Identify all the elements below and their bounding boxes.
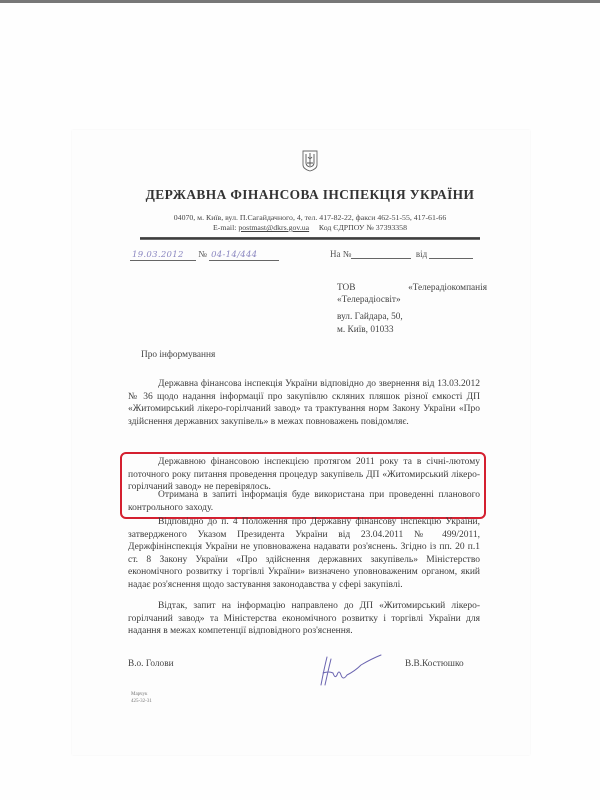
email-line: E-mail: postmast@dkrs.gov.ua Код ЄДРПОУ … <box>100 223 520 233</box>
body-paragraph-4: Відповідно до п. 4 Положення про Державн… <box>128 516 480 592</box>
organization-contacts: 04070, м. Київ, вул. П.Сагайдачного, 4, … <box>100 213 520 233</box>
email-link[interactable]: postmast@dkrs.gov.ua <box>238 223 309 232</box>
body-paragraph-3: Отримана в запиті інформація буде викори… <box>128 489 480 514</box>
recipient-city: м. Київ, 01033 <box>337 324 487 336</box>
outgoing-date: 19.03.2012 <box>130 250 196 261</box>
body-paragraph-1: Державна фінансова інспекція України від… <box>128 378 480 428</box>
incoming-date-blank <box>429 249 473 259</box>
incoming-number-label: На № <box>330 249 351 259</box>
address-line: 04070, м. Київ, вул. П.Сагайдачного, 4, … <box>100 213 520 223</box>
recipient-company-type: ТОВ <box>337 282 355 294</box>
body-paragraph-5: Відтак, запит на інформацію направлено д… <box>128 600 480 638</box>
top-border <box>0 0 600 3</box>
recipient-block: ТОВ «Телерадіокомпанія «Телерадіосвіт» в… <box>337 282 487 336</box>
email-label: E-mail: <box>213 223 236 232</box>
signatory-name: В.В.Костюшко <box>405 659 464 669</box>
recipient-company-name: «Телерадіокомпанія <box>408 282 487 294</box>
executor-info: Марчук 425-32-31 <box>131 692 152 705</box>
executor-phone: 425-32-31 <box>131 699 152 706</box>
signatory-position: В.о. Голови <box>128 659 174 669</box>
letter-subject: Про інформування <box>141 350 215 360</box>
recipient-company-name-2: «Телерадіосвіт» <box>337 294 487 306</box>
incoming-number-blank <box>351 249 411 259</box>
outgoing-number: 04-14/444 <box>209 250 279 261</box>
recipient-company-line: ТОВ «Телерадіокомпанія <box>337 282 487 294</box>
organization-title: ДЕРЖАВНА ФІНАНСОВА ІНСПЕКЦІЯ УКРАЇНИ <box>100 187 520 203</box>
edrpou-code: Код ЄДРПОУ № 37393358 <box>319 223 407 232</box>
incoming-reference: На № від <box>330 249 473 259</box>
outgoing-reference: 19.03.2012 № 04-14/444 <box>130 249 279 261</box>
handwritten-signature-icon <box>315 651 385 689</box>
number-label: № <box>198 249 207 259</box>
incoming-date-label: від <box>416 249 427 259</box>
header-divider <box>140 237 480 240</box>
recipient-street: вул. Гайдара, 50, <box>337 311 487 323</box>
trident-coat-of-arms-icon <box>302 150 318 172</box>
